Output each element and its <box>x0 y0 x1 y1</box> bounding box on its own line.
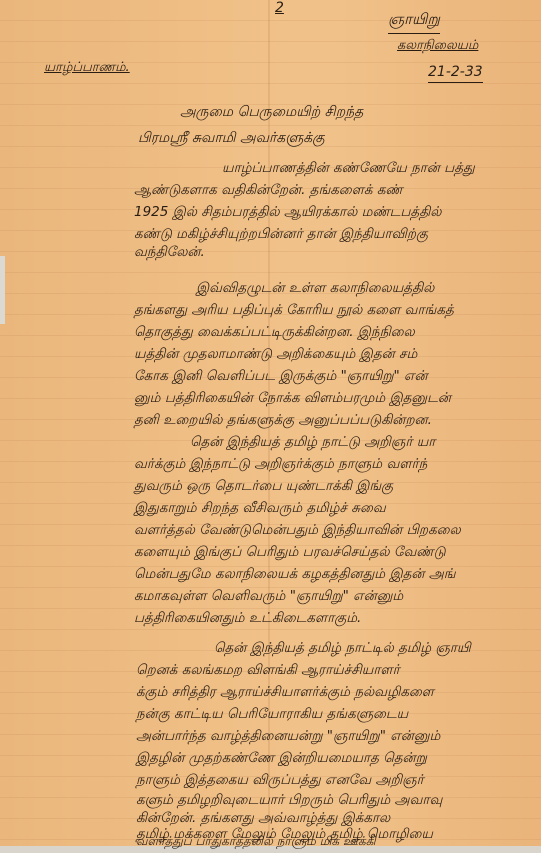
body-line: களும் தமிழறிவுடையார் பிறரும் பெரிதும் அவ… <box>136 792 442 810</box>
body-line: ஆண்டுகளாக வதிகின்றேன். தங்களைக் கண் <box>134 182 403 200</box>
body-line: யாழ்ப்பாணத்தின் கண்ணேயே நான் பத்து <box>222 160 475 178</box>
body-line: துவரும் ஒரு தொடர்பை யுண்டாக்கி இங்கு <box>134 478 393 496</box>
body-line: மென்பதுமே கலாநிலையக் கழகத்தினதும் இதன் அ… <box>134 566 456 584</box>
body-line: வந்திலேன். <box>134 244 205 262</box>
page-number: 2 <box>275 0 284 16</box>
letter-date: 21-2-33 <box>428 64 483 83</box>
body-line: இதுகாறும் சிறந்த வீசிவரும் தமிழ்ச் சுவை <box>134 500 386 518</box>
binding-tab <box>0 256 5 324</box>
body-line: யத்தின் முதலாமாண்டு அறிக்கையும் இதன் சம் <box>134 346 417 364</box>
body-line: தென் இந்தியத் தமிழ் நாட்டில் தமிழ் ஞாயி <box>214 640 471 658</box>
body-line: க்கும் சரித்திர ஆராய்ச்சியாளர்க்கும் நல்… <box>136 684 434 702</box>
body-line: கோக இனி வெளிப்பட இருக்கும் "ஞாயிறு" என் <box>134 368 428 386</box>
letter-origin: யாழ்ப்பாணம். <box>44 60 130 76</box>
header-place: ஞாயிறு <box>388 10 440 34</box>
body-line: வளர்த்தல் வேண்டுமென்பதும் இந்தியாவின் பி… <box>134 522 461 540</box>
body-line: 1925 இல் சிதம்பரத்தில் ஆயிரக்கால் மண்டபத… <box>134 204 442 222</box>
body-line: இதழின் முதற்கண்ணே இன்றியமையாத தென்று <box>136 750 427 768</box>
body-line: கமாகவுள்ள வெளிவரும் "ஞாயிறு" என்னும் <box>134 588 403 606</box>
letter-page: 2 ஞாயிறு கலாநிலையம் 21-2-33 யாழ்ப்பாணம்.… <box>0 0 541 853</box>
body-line: வர்க்கும் இந்நாட்டு அறிஞர்க்கும் நாளும் … <box>134 456 427 474</box>
body-line: வளர்த்துப் பாதுகாத்தலில் நாளும் மிக ஊக்க… <box>136 834 376 850</box>
salutation-line-2: பிரமஸ்ரீ சுவாமி அவர்களுக்கு <box>138 130 325 148</box>
salutation-line-1: அருமை பெருமையிற் சிறந்த <box>180 104 363 122</box>
body-line: தென் இந்தியத் தமிழ் நாட்டு அறிஞர் யா <box>190 434 435 452</box>
body-line: தொகுத்து வைக்கப்பட்டிருக்கின்றன. இந்நிலை <box>134 324 415 342</box>
body-line: தங்களது அரிய பதிப்புக் கோரிய நூல் களை வா… <box>134 302 454 320</box>
body-line: இவ்விதழுடன் உள்ள கலாநிலையத்தில் <box>196 280 434 298</box>
body-line: நன்கு காட்டிய பெரியோராகிய தங்களுடைய <box>136 706 408 724</box>
body-line: னும் பத்திரிகையின் நோக்க விளம்பரமும் இதன… <box>134 390 451 408</box>
body-line: களையும் இங்குப் பெரிதும் பரவச்செய்தல் வே… <box>134 544 446 562</box>
body-line: றெனக் கலங்கமற விளங்கி ஆராய்ச்சியாளர் <box>136 662 400 680</box>
header-sub-place: கலாநிலையம் <box>397 38 478 54</box>
body-line: தனி உறையில் தங்களுக்கு அனுப்பப்படுகின்றன… <box>134 412 432 430</box>
body-line: அன்பார்ந்த வாழ்த்தினையன்று "ஞாயிறு" என்ன… <box>136 728 440 746</box>
body-line: பத்திரிகையினதும் உட்கிடைகளாகும். <box>134 610 361 628</box>
body-line: நாளும் இத்தகைய விருப்பத்து எனவே அறிஞர் <box>136 772 424 790</box>
body-line: கண்டு மகிழ்ச்சியுற்றபின்னர் தான் இந்தியா… <box>134 226 428 244</box>
